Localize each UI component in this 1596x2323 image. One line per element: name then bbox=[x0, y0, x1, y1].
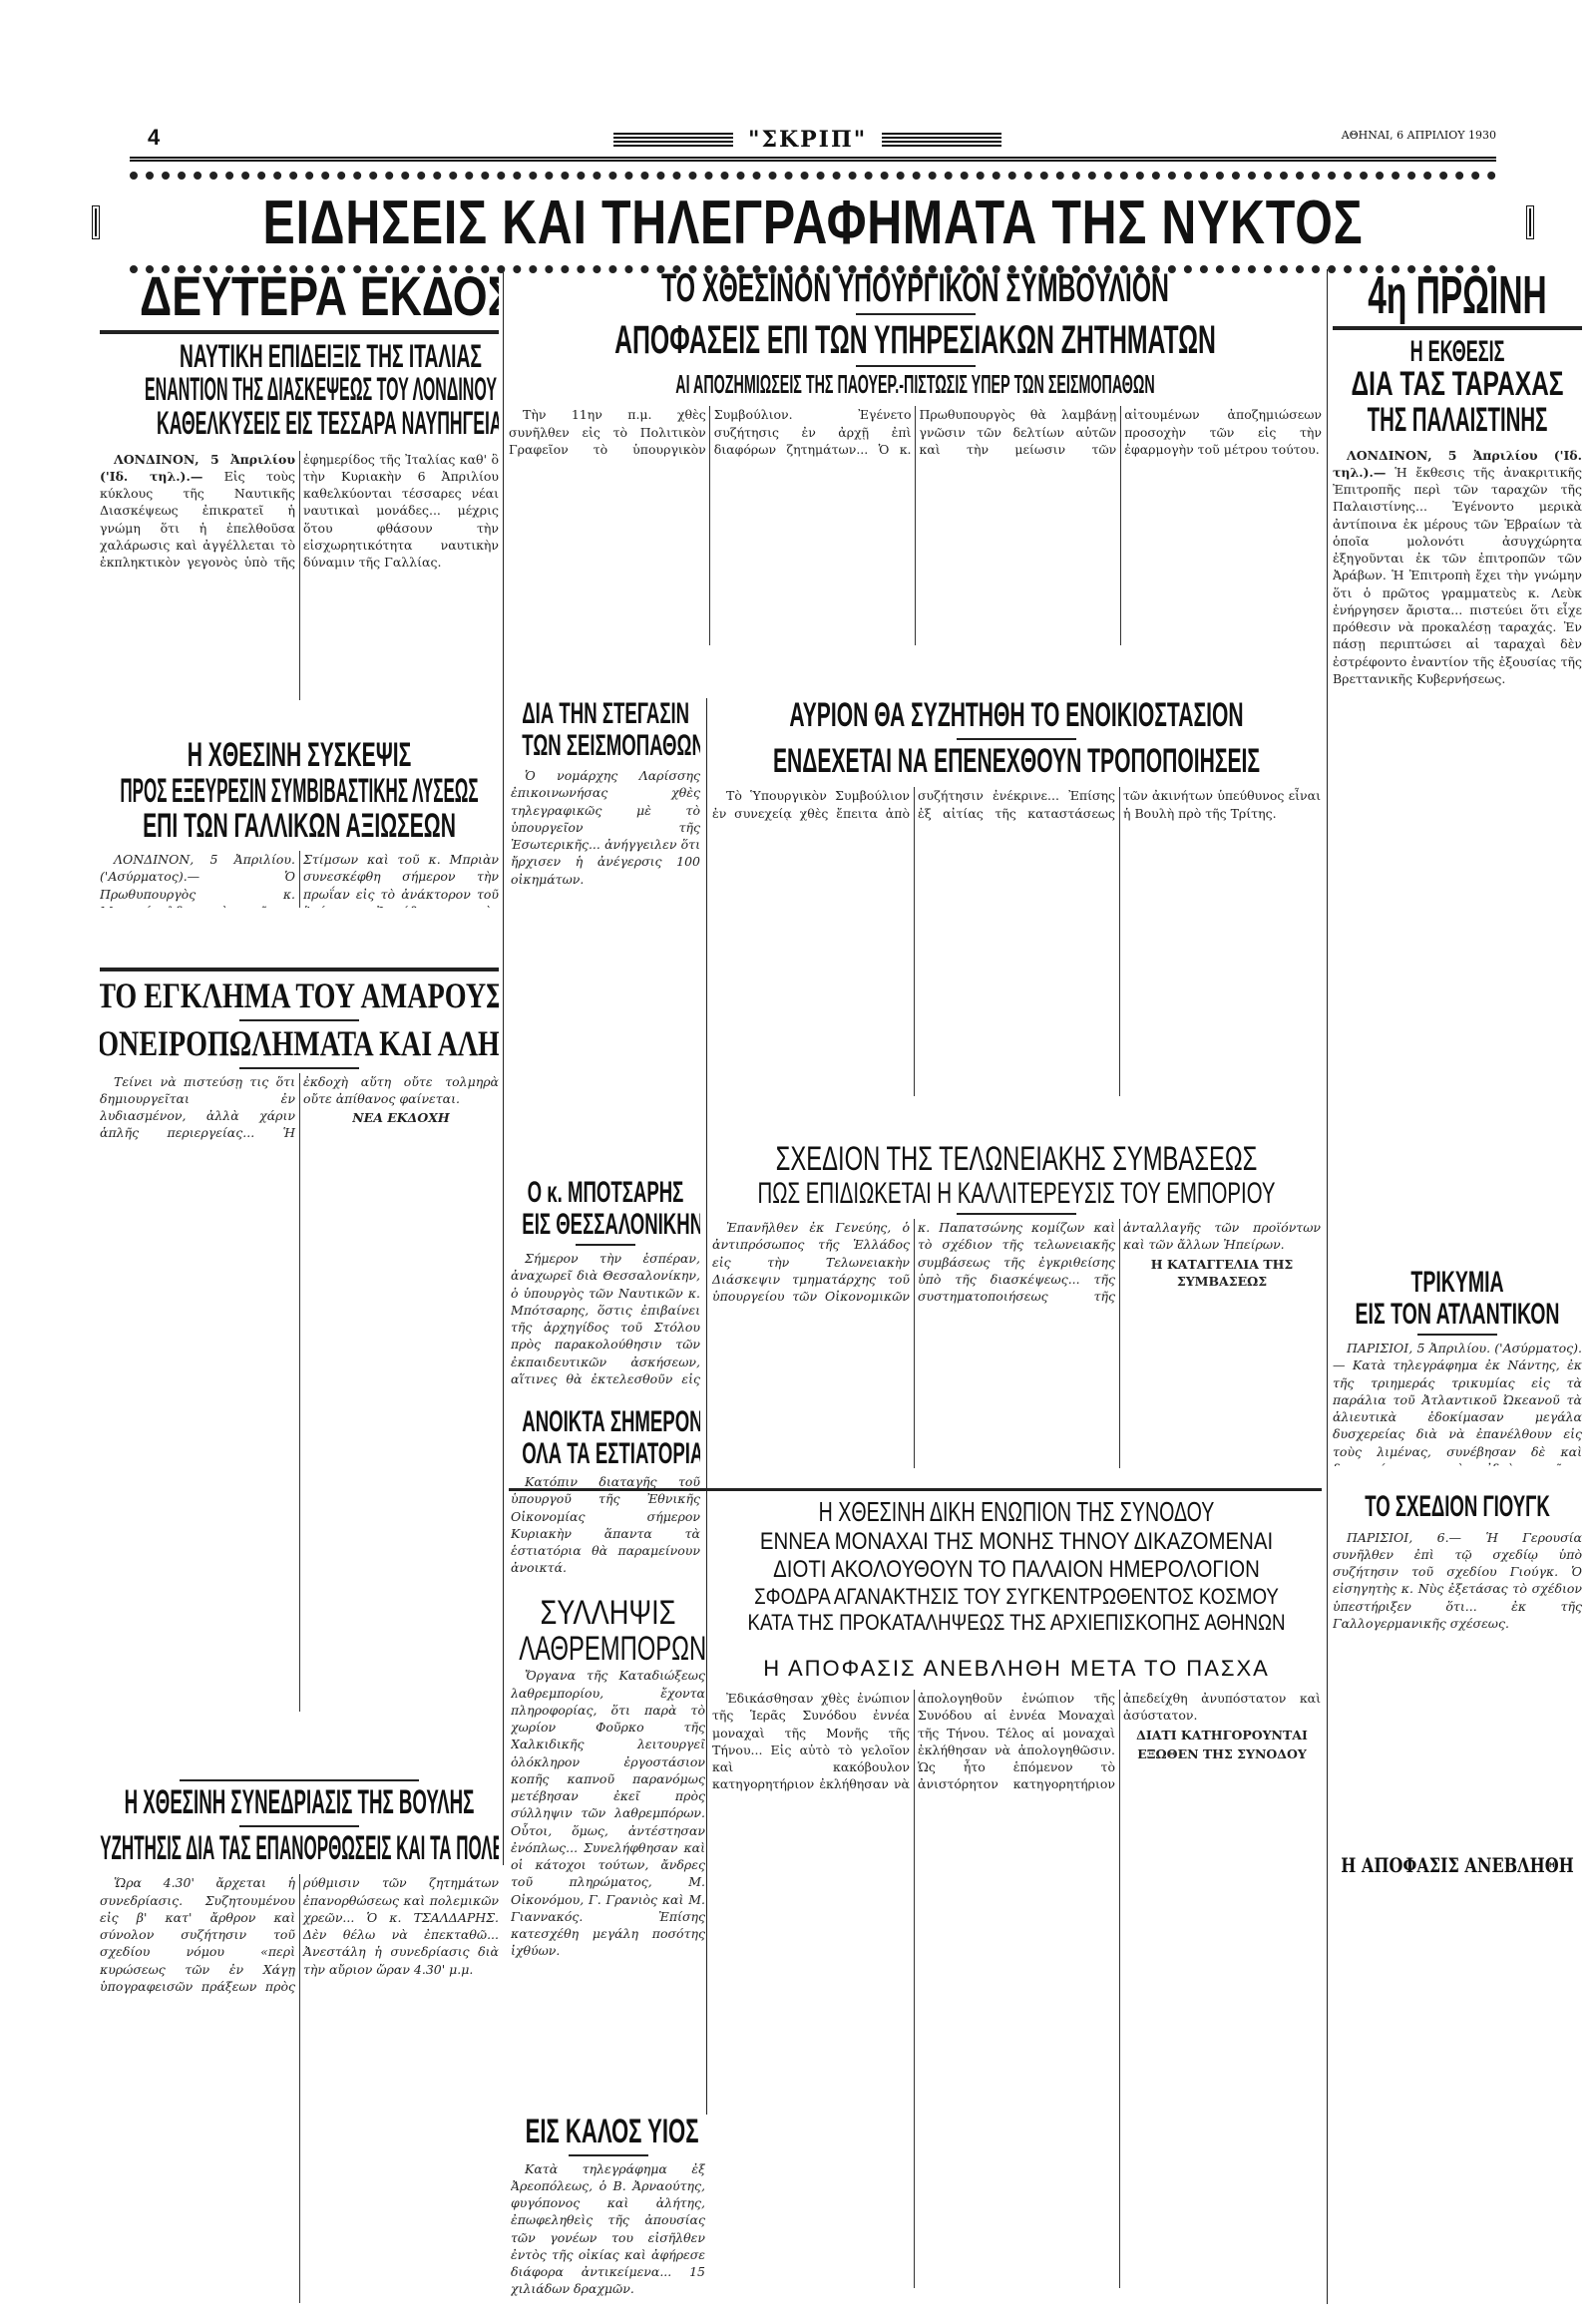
article-body: Τὸ Ὑπουργικὸν Συμβούλιον ἐν συνεχείᾳ χθὲ… bbox=[712, 787, 1321, 1096]
subheading: Η ΑΠΟΦΑΣΙΣ ΑΝΕΒΛΗΘΗ bbox=[1334, 1855, 1581, 1876]
headline: ΣΥΖΗΤΗΣΙΣ ΔΙΑ ΤΑΣ ΕΠΑΝΟΡΘΩΣΕΙΣ ΚΑΙ ΤΑ ΠΟ… bbox=[100, 1831, 499, 1867]
article-body: Τείνει νὰ πιστεύσῃ τις ὅτι δημιουργεῖται… bbox=[100, 1073, 499, 1712]
headline: ΚΑΤΑ ΤΗΣ ΠΡΟΚΑΤΑΛΗΨΕΩΣ ΤΗΣ ΑΡΧΙΕΠΙΣΚΟΠΗΣ… bbox=[712, 1610, 1321, 1636]
rule bbox=[1417, 1334, 1497, 1336]
article-body: ΛΟΝΔΙΝΟΝ, 5 Ἀπριλίου ('Ιδ. τηλ.).— Εἰς τ… bbox=[100, 451, 499, 700]
ornament-left-icon bbox=[92, 205, 100, 239]
article-text: Ὄργανα τῆς Καταδιώξεως λαθρεμπορίου, ἔχο… bbox=[511, 1667, 705, 1959]
headline: ΣΥΛΛΗΨΙΣ bbox=[531, 1596, 686, 1632]
newspaper-name: "ΣΚΡΙΠ" bbox=[748, 127, 867, 153]
dateline: ΠΑΡΙΣΙΟΙ, 6.— bbox=[1347, 1530, 1461, 1545]
headline: Η ΕΚΘΕΣΙΣ bbox=[1383, 336, 1532, 368]
rule bbox=[239, 1019, 359, 1021]
article-body: ΛΟΝΔΙΝΟΝ, 5 Ἀπριλίου. ('Ασύρματος).— Ὁ Π… bbox=[100, 851, 499, 908]
subheading: ΔΙΑΤΙ ΚΑΤΗΓΟΡΟΥΝΤΑΙ bbox=[1123, 1727, 1321, 1743]
headline: ΤΟ ΕΓΚΛΗΜΑ ΤΟΥ ΑΜΑΡΟΥΣΙΟΥ bbox=[100, 977, 499, 1015]
article-body: ΠΑΡΙΣΙΟΙ, 5 Ἀπριλίου. ('Ασύρματος).— Κατ… bbox=[1333, 1340, 1582, 1466]
ornament-right-icon bbox=[1526, 205, 1534, 239]
article-housing: ΔΙΑ ΤΗΝ ΣΤΕΓΑΣΙΝ ΤΩΝ ΣΕΙΣΜΟΠΑΘΩΝ Ὁ νομάρ… bbox=[511, 698, 700, 1157]
headline: ΑΥΡΙΟΝ ΘΑ ΣΥΖΗΤΗΘΗ ΤΟ ΕΝΟΙΚΙΟΣΤΑΣΙΟΝ bbox=[729, 698, 1305, 734]
article-text: Τὴν 11ην π.μ. χθὲς συνῆλθεν εἰς τὸ Πολιτ… bbox=[509, 406, 1322, 458]
article-body: Σήμερον τὴν ἑσπέραν, ἀναχωρεῖ διὰ Θεσσαλ… bbox=[511, 1250, 700, 1386]
headline: ΕΝΝΕΑ ΜΟΝΑΧΑΙ ΤΗΣ ΜΟΝΗΣ ΤΗΝΟΥ ΔΙΚΑΖΟΜΕΝΑ… bbox=[712, 1528, 1321, 1556]
rule bbox=[1333, 326, 1582, 330]
rule bbox=[856, 313, 976, 315]
rule bbox=[180, 1779, 419, 1781]
headline: ΚΑΘΕΛΚΥΣΕΙΣ ΕΙΣ ΤΕΣΣΑΡΑ ΝΑΥΠΗΓΕΙΑ bbox=[157, 407, 442, 441]
rule bbox=[569, 2154, 648, 2156]
headline: ΣΦΟΔΡΑ ΑΓΑΝΑΚΤΗΣΙΣ ΤΟΥ ΣΥΓΚΕΝΤΡΩΘΕΝΤΟΣ Κ… bbox=[712, 1584, 1321, 1610]
rule bbox=[239, 1825, 359, 1827]
article-smugglers: ΣΥΛΛΗΨΙΣ ΛΑΘΡΕΜΠΟΡΩΝ Ὄργανα τῆς Καταδιώξ… bbox=[511, 1596, 705, 2075]
headline: ΕΝΑΝΤΙΟΝ ΤΗΣ ΔΙΑΣΚΕΨΕΩΣ ΤΟΥ ΛΟΝΔΙΝΟΥ bbox=[145, 373, 454, 407]
headline: ΤΩΝ ΣΕΙΣΜΟΠΑΘΩΝ bbox=[522, 730, 688, 762]
rule bbox=[576, 1244, 635, 1246]
section-banner: ΕΙΔΗΣΕΙΣ ΚΑΙ ΤΗΛΕΓΡΑΦΗΜΑΤΑ ΤΗΣ ΝΥΚΤΟΣ bbox=[130, 172, 1496, 273]
headline: ΕΠΙ ΤΩΝ ΓΑΛΛΙΚΩΝ ΑΞΙΩΣΕΩΝ bbox=[126, 809, 472, 845]
headline: ΠΩΣ ΕΠΙΔΙΩΚΕΤΑΙ Η ΚΑΛΛΙΤΕΡΕΥΣΙΣ ΤΟΥ ΕΜΠΟ… bbox=[714, 1178, 1318, 1210]
article-conference: Η ΧΘΕΣΙΝΗ ΣΥΣΚΕΨΙΣ ΠΡΟΣ ΕΞΕΥΡΕΣΙΝ ΣΥΜΒΙΒ… bbox=[100, 738, 499, 908]
article-parliament: Η ΧΘΕΣΙΝΗ ΣΥΝΕΔΡΙΑΣΙΣ ΤΗΣ ΒΟΥΛΗΣ ΣΥΖΗΤΗΣ… bbox=[100, 1775, 499, 2314]
headline: ΑΝΟΙΚΤΑ ΣΗΜΕΡΟΝ bbox=[522, 1406, 688, 1438]
headline: Η ΧΘΕΣΙΝΗ ΔΙΚΗ ΕΝΩΠΙΟΝ ΤΗΣ ΣΥΝΟΔΟΥ bbox=[720, 1496, 1314, 1528]
headline: ΔΙΑ ΤΑΣ ΤΑΡΑΧΑΣ bbox=[1339, 367, 1576, 403]
edition-kicker: 4η ΠΡΩΙΝΗ bbox=[1343, 267, 1571, 324]
rule bbox=[957, 1213, 1076, 1215]
subheading: ΕΞΩΘΕΝ ΤΗΣ ΣΥΝΟΔΟΥ bbox=[1123, 1745, 1321, 1762]
subheading: Η ΚΑΤΑΓΓΕΛΙΑ ΤΗΣ ΣΥΜΒΑΣΕΩΣ bbox=[1123, 1256, 1321, 1291]
masthead-rule bbox=[130, 157, 1496, 163]
masthead: 4 "ΣΚΡΙΠ" ΑΘΗΝΑΙ, 6 ΑΠΡΙΛΙΟΥ 1930 bbox=[130, 125, 1496, 170]
dateline: ΛΟΝΔΙΝΟΝ, 5 Ἀπριλίου. ('Ασύρματος).— bbox=[100, 852, 295, 884]
headline: Ο κ. ΜΠΟΤΣΑΡΗΣ bbox=[522, 1177, 688, 1209]
headline: ΑΙ ΑΠΟΖΗΜΙΩΣΕΙΣ ΤΗΣ ΠΑΟΥΕΡ.-ΠΙΣΤΩΣΙΣ ΥΠΕ… bbox=[527, 371, 1303, 398]
dateline: ΑΘΗΝΑΙ, 6 ΑΠΡΙΛΙΟΥ 1930 bbox=[1342, 129, 1496, 142]
synod-decision: Η ΑΠΟΦΑΣΙΣ ΑΝΕΒΛΗΘΗ bbox=[1333, 1855, 1582, 1876]
article-botsaris: Ο κ. ΜΠΟΤΣΑΡΗΣ ΕΙΣ ΘΕΣΣΑΛΟΝΙΚΗΝ Σήμερον … bbox=[511, 1177, 700, 1386]
headline: ΕΝΔΕΧΕΤΑΙ ΝΑ ΕΠΕΝΕΧΘΟΥΝ ΤΡΟΠΟΠΟΙΗΣΕΙΣ bbox=[716, 744, 1316, 780]
headline: Η ΧΘΕΣΙΝΗ ΣΥΝΕΔΡΙΑΣΙΣ ΤΗΣ ΒΟΥΛΗΣ bbox=[113, 1785, 486, 1821]
article-text: Σήμερον τὴν ἑσπέραν, ἀναχωρεῖ διὰ Θεσσαλ… bbox=[511, 1250, 700, 1386]
rule bbox=[100, 968, 499, 971]
article-restaurants: ΑΝΟΙΚΤΑ ΣΗΜΕΡΟΝ ΟΛΑ ΤΑ ΕΣΤΙΑΤΟΡΙΑ Κατόπι… bbox=[511, 1406, 700, 1576]
article-body: Ὥρα 4.30' ἄρχεται ἡ συνεδρίασις. Συζητου… bbox=[100, 1874, 499, 2303]
rule bbox=[856, 365, 976, 367]
headline: ΝΑΥΤΙΚΗ ΕΠΙΔΕΙΞΙΣ ΤΗΣ ΙΤΑΛΙΑΣ bbox=[180, 340, 419, 374]
article-palestine: 4η ΠΡΩΙΝΗ Η ΕΚΘΕΣΙΣ ΔΙΑ ΤΑΣ ΤΑΡΑΧΑΣ ΤΗΣ … bbox=[1333, 267, 1582, 1185]
article-body: Τὴν 11ην π.μ. χθὲς συνῆλθεν εἰς τὸ Πολιτ… bbox=[509, 406, 1322, 645]
headline: ΕΙΣ ΚΑΛΟΣ ΥΙΟΣ bbox=[526, 2115, 691, 2150]
article-text: Τὸ Ὑπουργικὸν Συμβούλιον ἐν συνεχείᾳ χθὲ… bbox=[712, 787, 1321, 822]
article-text: Ὁ νομάρχης Λαρίσσης ἐπικοινωνήσας χθὲς τ… bbox=[511, 767, 700, 888]
headline: ΔΙΑ ΤΗΝ ΣΤΕΓΑΣΙΝ bbox=[522, 698, 688, 730]
article-body: ΠΑΡΙΣΙΟΙ, 6.— Ἡ Γερουσία συνῆλθεν ἐπὶ τῷ… bbox=[1333, 1529, 1582, 1633]
article-synod-headlines: Η ΧΘΕΣΙΝΗ ΔΙΚΗ ΕΝΩΠΙΟΝ ΤΗΣ ΣΥΝΟΔΟΥ ΕΝΝΕΑ… bbox=[712, 1496, 1321, 1646]
subheading: ΝΕΑ ΕΚΔΟΧΗ bbox=[303, 1109, 499, 1126]
article-body: ΛΟΝΔΙΝΟΝ, 5 Ἀπριλίου ('Ιδ. τηλ.).— Ἡ ἔκθ… bbox=[1333, 447, 1582, 688]
headline: ΤΟ ΣΧΕΔΙΟΝ ΓΙΟΥΓΚ bbox=[1356, 1491, 1560, 1523]
article-text: Τείνει νὰ πιστεύσῃ τις ὅτι δημιουργεῖται… bbox=[100, 1073, 499, 1142]
article-text: Κατὰ τηλεγράφημα ἐξ Ἀρεοπόλεως, ὁ Β. Ἀρν… bbox=[511, 2160, 705, 2298]
article-text: Κατὰ τηλεγράφημα ἐκ Νάντης, ἐκ τῆς τριημ… bbox=[1333, 1357, 1582, 1466]
rule bbox=[239, 1067, 359, 1069]
headline: ΕΙΣ ΘΕΣΣΑΛΟΝΙΚΗΝ bbox=[522, 1209, 688, 1241]
article-customs: ΣΧΕΔΙΟΝ ΤΗΣ ΤΕΛΩΝΕΙΑΚΗΣ ΣΥΜΒΑΣΕΩΣ ΠΩΣ ΕΠ… bbox=[712, 1142, 1321, 1481]
article-text: Ὥρα 4.30' ἄρχεται ἡ συνεδρίασις. Συζητου… bbox=[100, 1874, 499, 1995]
article-body: Κατὰ τηλεγράφημα ἐξ Ἀρεοπόλεως, ὁ Β. Ἀρν… bbox=[511, 2160, 705, 2298]
headline: ΛΑΘΡΕΜΠΟΡΩΝ bbox=[519, 1632, 697, 1668]
column-divider bbox=[503, 269, 504, 1865]
headline: ΤΟ ΧΘΕΣΙΝΟΝ ΥΠΟΥΡΓΙΚΟΝ ΣΥΜΒΟΥΛΙΟΝ bbox=[540, 267, 1291, 309]
article-amarousion: ΤΟ ΕΓΚΛΗΜΑ ΤΟΥ ΑΜΑΡΟΥΣΙΟΥ ΟΝΕΙΡΟΠΩΛΗΜΑΤΑ… bbox=[100, 968, 499, 1745]
rule bbox=[100, 330, 499, 334]
column-divider bbox=[706, 698, 707, 2115]
headline: ΠΡΟΣ ΕΞΕΥΡΕΣΙΝ ΣΥΜΒΙΒΑΣΤΙΚΗΣ ΛΥΣΕΩΣ bbox=[100, 774, 499, 810]
article-italy: ΔΕΥΤΕΡΑ ΕΚΔΟΣΙΣ ΝΑΥΤΙΚΗ ΕΠΙΔΕΙΞΙΣ ΤΗΣ ΙΤ… bbox=[100, 267, 499, 706]
banner-title: ΕΙΔΗΣΕΙΣ ΚΑΙ ΤΗΛΕΓΡΑΦΗΜΑΤΑ ΤΗΣ ΝΥΚΤΟΣ bbox=[263, 188, 1364, 258]
headline: ΣΧΕΔΙΟΝ ΤΗΣ ΤΕΛΩΝΕΙΑΚΗΣ ΣΥΜΒΑΣΕΩΣ bbox=[720, 1142, 1314, 1178]
edition-title: ΔΕΥΤΕΡΑ ΕΚΔΟΣΙΣ bbox=[140, 267, 459, 326]
page-number: 4 bbox=[148, 125, 160, 151]
headline: ΟΛΑ ΤΑ ΕΣΤΙΑΤΟΡΙΑ bbox=[522, 1438, 688, 1470]
rule bbox=[957, 738, 1076, 740]
headline: Η ΑΠΟΦΑΣΙΣ ΑΝΕΒΛΗΘΗ ΜΕΤΑ ΤΟ ΠΑΣΧΑ bbox=[712, 1656, 1321, 1682]
headline: ΤΡΙΚΥΜΙΑ bbox=[1377, 1267, 1539, 1299]
article-atlantic: ΤΡΙΚΥΜΙΑ ΕΙΣ ΤΟΝ ΑΤΛΑΝΤΙΚΟΝ ΠΑΡΙΣΙΟΙ, 5 … bbox=[1333, 1267, 1582, 1466]
headline: ΟΝΕΙΡΟΠΩΛΗΜΑΤΑ ΚΑΙ ΑΛΗΘΕΙΑ bbox=[100, 1025, 499, 1063]
headline: ΕΙΣ ΤΟΝ ΑΤΛΑΝΤΙΚΟΝ bbox=[1351, 1299, 1565, 1331]
headline: ΤΗΣ ΠΑΛΑΙΣΤΙΝΗΣ bbox=[1359, 403, 1556, 439]
article-text: Ἡ ἔκθεσις τῆς ἀνακριτικῆς Ἐπιτροπῆς περὶ… bbox=[1333, 465, 1582, 686]
rule bbox=[509, 1488, 1322, 1491]
article-synod: Η ΑΠΟΦΑΣΙΣ ΑΝΕΒΛΗΘΗ ΜΕΤΑ ΤΟ ΠΑΣΧΑ Ἐδικάσ… bbox=[712, 1656, 1582, 2304]
article-body: Ἐδικάσθησαν χθὲς ἐνώπιον τῆς Ἱερᾶς Συνόδ… bbox=[712, 1690, 1321, 2288]
article-rent: ΑΥΡΙΟΝ ΘΑ ΣΥΖΗΤΗΘΗ ΤΟ ΕΝΟΙΚΙΟΣΤΑΣΙΟΝ ΕΝΔ… bbox=[712, 698, 1321, 1137]
headline: ΑΠΟΦΑΣΕΙΣ ΕΠΙ ΤΩΝ ΥΠΗΡΕΣΙΑΚΩΝ ΖΗΤΗΜΑΤΩΝ bbox=[509, 319, 1322, 361]
article-son: ΕΙΣ ΚΑΛΟΣ ΥΙΟΣ Κατὰ τηλεγράφημα ἐξ Ἀρεοπ… bbox=[511, 2115, 705, 2314]
article-body: Ὄργανα τῆς Καταδιώξεως λαθρεμπορίου, ἔχο… bbox=[511, 1667, 705, 1959]
article-cabinet: ΤΟ ΧΘΕΣΙΝΟΝ ΥΠΟΥΡΓΙΚΟΝ ΣΥΜΒΟΥΛΙΟΝ ΑΠΟΦΑΣ… bbox=[509, 267, 1322, 686]
headline: ΔΙΟΤΙ ΑΚΟΛΟΥΘΟΥΝ ΤΟ ΠΑΛΑΙΟΝ ΗΜΕΡΟΛΟΓΙΟΝ bbox=[712, 1556, 1321, 1584]
headline: Η ΧΘΕΣΙΝΗ ΣΥΣΚΕΨΙΣ bbox=[126, 738, 472, 774]
article-body: Ὁ νομάρχης Λαρίσσης ἐπικοινωνήσας χθὲς τ… bbox=[511, 767, 700, 888]
article-body: Ἐπανῆλθεν ἐκ Γενεύης, ὁ ἀντιπρόσωπος τῆς… bbox=[712, 1219, 1321, 1468]
